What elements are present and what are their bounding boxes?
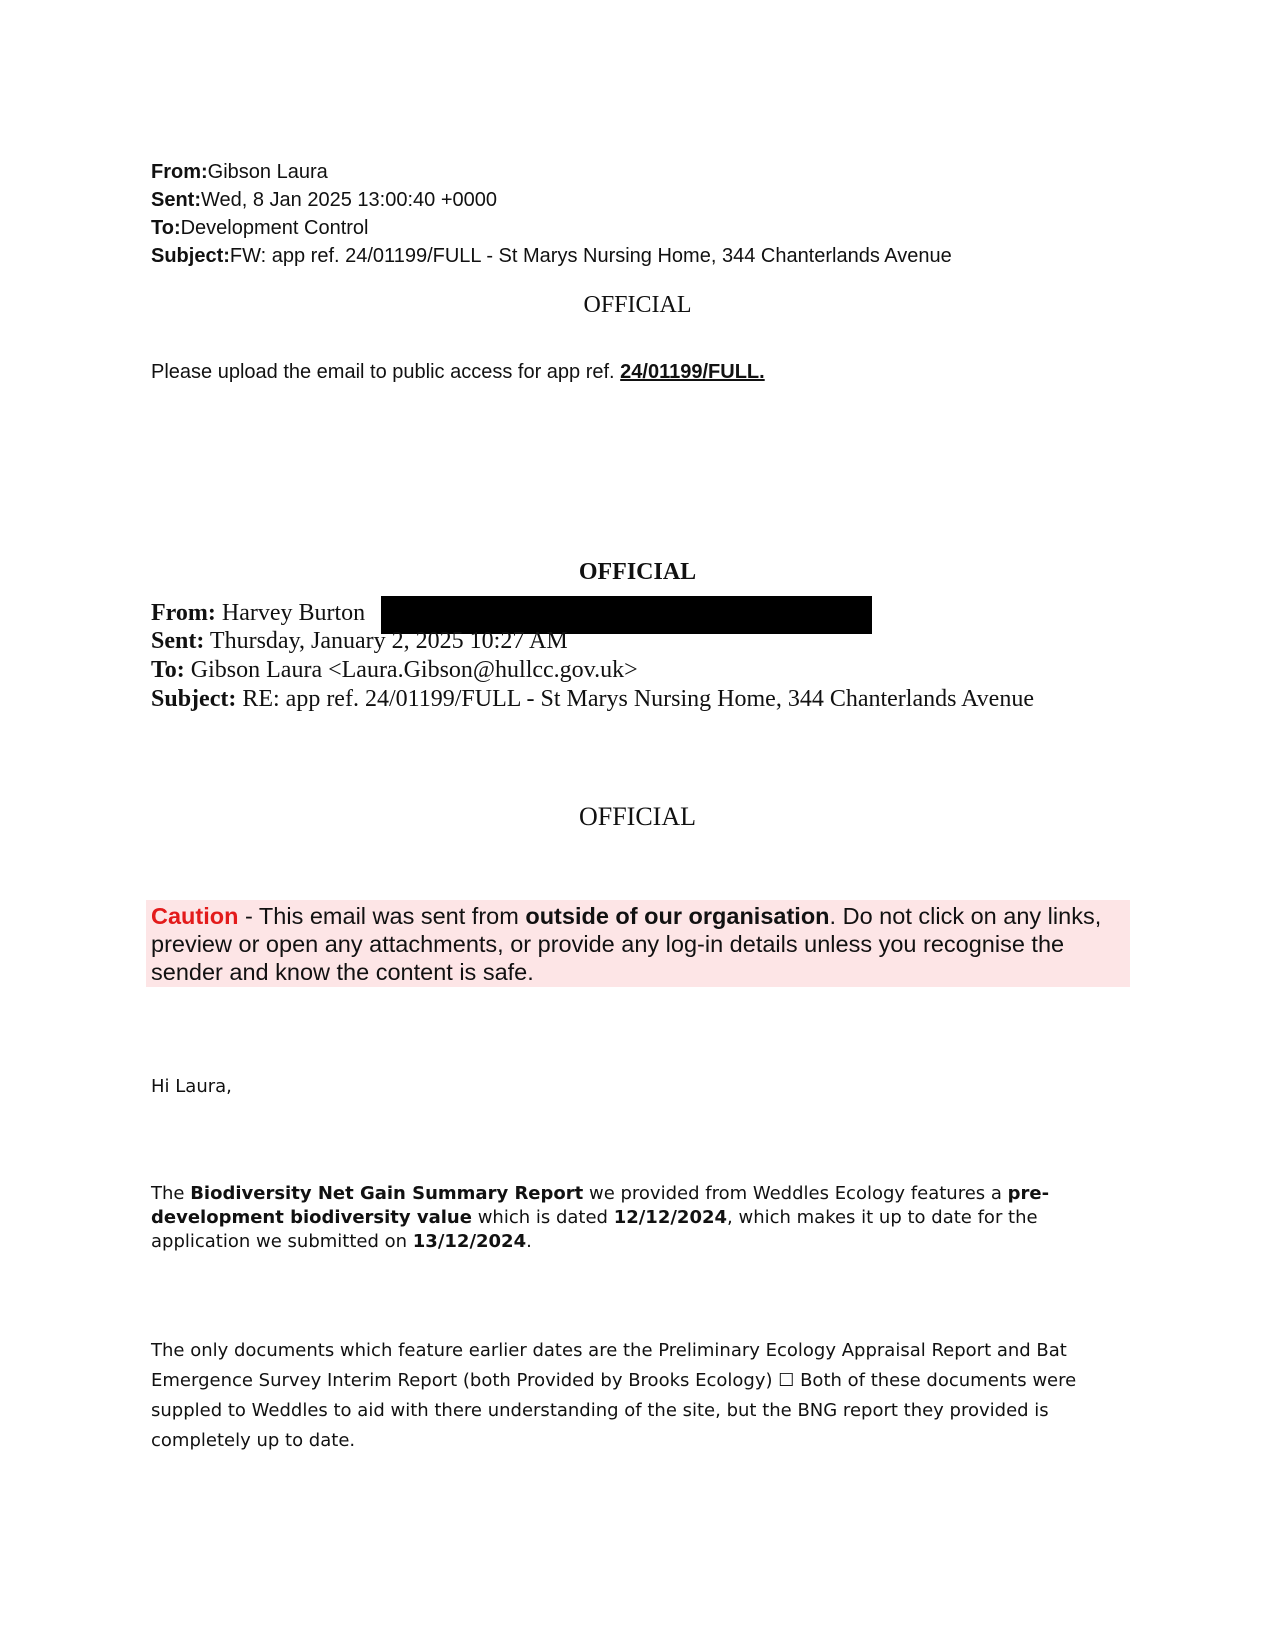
original-sent-line: Sent: Thursday, January 2, 2025 10:27 AM (151, 627, 568, 656)
sent-value: Thursday, January 2, 2025 10:27 AM (210, 628, 568, 654)
para1-bold: Biodiversity Net Gain Summary Report (190, 1183, 583, 1204)
classification-official-3: OFFICIAL (0, 802, 1275, 832)
forward-subject-line: Subject:FW: app ref. 24/01199/FULL - St … (151, 242, 952, 270)
para1-text: which is dated (472, 1207, 614, 1228)
sent-label: Sent: (151, 189, 201, 211)
original-to-line: To: Gibson Laura <Laura.Gibson@hullcc.go… (151, 656, 638, 685)
subject-label: Subject: (151, 686, 236, 712)
caution-text-1: - This email was sent from (238, 903, 525, 929)
forward-body-text: Please upload the email to public access… (151, 361, 620, 383)
from-value: Gibson Laura (208, 161, 328, 183)
from-label: From: (151, 600, 216, 626)
caution-banner-text: Caution - This email was sent from outsi… (151, 902, 1131, 986)
to-label: To: (151, 657, 185, 683)
forward-body: Please upload the email to public access… (151, 361, 765, 384)
greeting: Hi Laura, (151, 1076, 232, 1097)
from-label: From: (151, 161, 208, 183)
para1-text: The (151, 1183, 190, 1204)
to-value: Development Control (181, 217, 369, 239)
paragraph-earlier-documents: The only documents which feature earlier… (151, 1336, 1126, 1456)
sent-value: Wed, 8 Jan 2025 13:00:40 +0000 (201, 189, 497, 211)
paragraph-bng-report: The Biodiversity Net Gain Summary Report… (151, 1182, 1131, 1254)
classification-official-1: OFFICIAL (0, 292, 1275, 319)
para1-text: . (526, 1231, 532, 1252)
forward-from-line: From:Gibson Laura (151, 158, 328, 186)
from-value: Harvey Burton (222, 600, 365, 626)
para1-date: 12/12/2024 (614, 1207, 727, 1228)
subject-value: FW: app ref. 24/01199/FULL - St Marys Nu… (230, 245, 952, 267)
original-from-line: From: Harvey Burton (151, 599, 365, 628)
to-value: Gibson Laura <Laura.Gibson@hullcc.gov.uk… (191, 657, 638, 683)
original-subject-line: Subject: RE: app ref. 24/01199/FULL - St… (151, 685, 1034, 714)
sent-label: Sent: (151, 628, 204, 654)
subject-label: Subject: (151, 245, 230, 267)
app-ref-link[interactable]: 24/01199/FULL. (620, 361, 765, 383)
para1-text: we provided from Weddles Ecology feature… (583, 1183, 1007, 1204)
classification-official-2: OFFICIAL (0, 559, 1275, 586)
subject-value: RE: app ref. 24/01199/FULL - St Marys Nu… (242, 686, 1034, 712)
caution-label: Caution (151, 903, 238, 929)
para1-date: 13/12/2024 (413, 1231, 526, 1252)
caution-bold-text: outside of our organisation (525, 903, 829, 929)
forward-sent-line: Sent:Wed, 8 Jan 2025 13:00:40 +0000 (151, 186, 497, 214)
forward-to-line: To:Development Control (151, 214, 368, 242)
to-label: To: (151, 217, 181, 239)
